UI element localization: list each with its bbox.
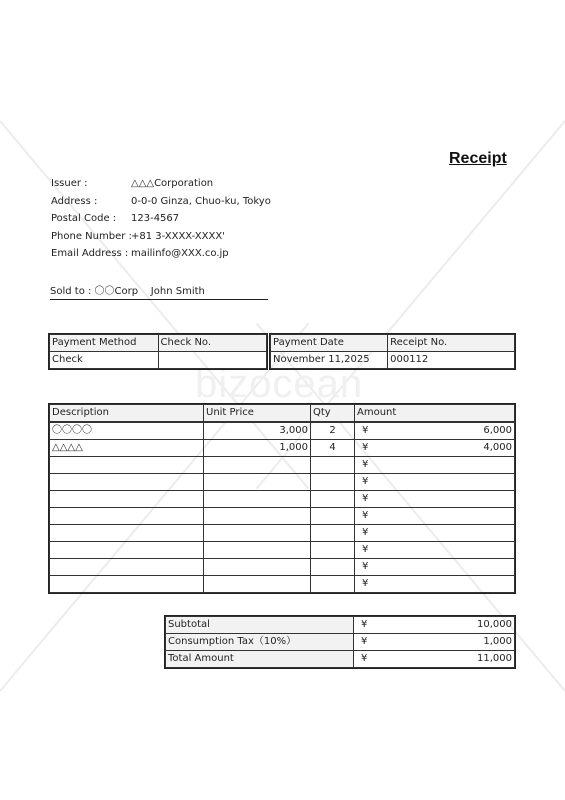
receipt-no-value: 000112 xyxy=(388,352,515,369)
yen-symbol: ¥ xyxy=(357,578,368,589)
item-unit-price xyxy=(204,457,311,474)
item-qty: 2 xyxy=(311,422,355,440)
payment-method-table: Payment Method Check No. Check xyxy=(49,334,267,369)
item-amount-cell: ¥ xyxy=(355,457,515,474)
sold-to: Sold to : 〇〇Corp John Smith xyxy=(50,282,268,300)
item-unit-price xyxy=(204,508,311,525)
item-amount-cell: ¥6,000 xyxy=(355,422,515,440)
phone-row: Phone Number : +81 3-XXXX-XXXX' xyxy=(51,228,271,246)
yen-symbol: ¥ xyxy=(357,476,368,487)
item-description: △△△△ xyxy=(50,440,204,457)
item-qty xyxy=(311,525,355,542)
totals-value-cell: ¥11,000 xyxy=(354,651,515,668)
table-row: 〇〇〇〇3,0002¥6,000 xyxy=(50,422,515,440)
item-qty xyxy=(311,542,355,559)
yen-symbol: ¥ xyxy=(356,619,367,630)
receipt-title: Receipt xyxy=(449,150,507,168)
issuer-value: △△△Corporation xyxy=(131,175,213,193)
totals-value: 1,000 xyxy=(483,634,512,650)
totals-label: Consumption Tax（10%） xyxy=(166,634,354,651)
item-amount-cell: ¥ xyxy=(355,525,515,542)
table-row: ¥ xyxy=(50,491,515,508)
yen-symbol: ¥ xyxy=(357,459,368,470)
item-description xyxy=(50,474,204,491)
yen-symbol: ¥ xyxy=(356,636,367,647)
totals-value-cell: ¥10,000 xyxy=(354,617,515,634)
table-row: ¥ xyxy=(50,542,515,559)
email-row: Email Address : mailinfo@XXX.co.jp xyxy=(51,245,271,263)
yen-symbol: ¥ xyxy=(357,493,368,504)
item-description xyxy=(50,491,204,508)
item-unit-price xyxy=(204,525,311,542)
item-amount-cell: ¥ xyxy=(355,576,515,593)
item-amount-cell: ¥ xyxy=(355,491,515,508)
item-unit-price xyxy=(204,559,311,576)
item-amount-cell: ¥ xyxy=(355,542,515,559)
item-qty xyxy=(311,576,355,593)
table-row: ¥ xyxy=(50,559,515,576)
item-description: 〇〇〇〇 xyxy=(50,422,204,440)
payment-date-value: November 11,2025 xyxy=(271,352,388,369)
address-value: 0-0-0 Ginza, Chuo-ku, Tokyo xyxy=(131,193,271,211)
item-qty xyxy=(311,559,355,576)
item-amount: 6,000 xyxy=(483,423,512,439)
totals-row: Consumption Tax（10%）¥1,000 xyxy=(166,634,515,651)
receipt-no-header: Receipt No. xyxy=(388,335,515,352)
yen-symbol: ¥ xyxy=(357,442,368,453)
item-unit-price xyxy=(204,491,311,508)
table-row: ¥ xyxy=(50,525,515,542)
item-amount-cell: ¥ xyxy=(355,474,515,491)
address-row: Address : 0-0-0 Ginza, Chuo-ku, Tokyo xyxy=(51,193,271,211)
item-qty: 4 xyxy=(311,440,355,457)
yen-symbol: ¥ xyxy=(356,653,367,664)
address-label: Address : xyxy=(51,193,131,211)
totals-table: Subtotal¥10,000Consumption Tax（10%）¥1,00… xyxy=(165,616,515,668)
qty-header: Qty xyxy=(311,405,355,423)
table-row: ¥ xyxy=(50,457,515,474)
items-table: Description Unit Price Qty Amount 〇〇〇〇3,… xyxy=(49,404,515,593)
table-row: ¥ xyxy=(50,474,515,491)
totals-label: Total Amount xyxy=(166,651,354,668)
item-qty xyxy=(311,491,355,508)
email-label: Email Address : xyxy=(51,245,131,263)
item-unit-price: 3,000 xyxy=(204,422,311,440)
item-description xyxy=(50,576,204,593)
amount-header: Amount xyxy=(355,405,515,423)
issuer-info: Issuer : △△△Corporation Address : 0-0-0 … xyxy=(51,175,271,263)
check-no-value xyxy=(158,352,267,369)
payment-date-table: Payment Date Receipt No. November 11,202… xyxy=(270,334,515,369)
item-description xyxy=(50,542,204,559)
yen-symbol: ¥ xyxy=(357,425,368,436)
totals-row: Total Amount¥11,000 xyxy=(166,651,515,668)
yen-symbol: ¥ xyxy=(357,561,368,572)
table-row: △△△△1,0004¥4,000 xyxy=(50,440,515,457)
totals-label: Subtotal xyxy=(166,617,354,634)
item-unit-price: 1,000 xyxy=(204,440,311,457)
postal-code-label: Postal Code : xyxy=(51,210,131,228)
item-qty xyxy=(311,457,355,474)
postal-code-row: Postal Code : 123-4567 xyxy=(51,210,271,228)
table-row: ¥ xyxy=(50,576,515,593)
item-qty xyxy=(311,508,355,525)
totals-value: 11,000 xyxy=(477,651,512,667)
item-qty xyxy=(311,474,355,491)
phone-label: Phone Number : xyxy=(51,228,131,246)
payment-date-header: Payment Date xyxy=(271,335,388,352)
item-description xyxy=(50,525,204,542)
yen-symbol: ¥ xyxy=(357,510,368,521)
item-amount: 4,000 xyxy=(483,440,512,456)
yen-symbol: ¥ xyxy=(357,527,368,538)
item-unit-price xyxy=(204,576,311,593)
unit-price-header: Unit Price xyxy=(204,405,311,423)
item-description xyxy=(50,559,204,576)
item-amount-cell: ¥ xyxy=(355,508,515,525)
check-no-header: Check No. xyxy=(158,335,267,352)
issuer-row: Issuer : △△△Corporation xyxy=(51,175,271,193)
item-unit-price xyxy=(204,542,311,559)
item-description xyxy=(50,508,204,525)
yen-symbol: ¥ xyxy=(357,544,368,555)
payment-method-header: Payment Method xyxy=(50,335,159,352)
item-description xyxy=(50,457,204,474)
email-value: mailinfo@XXX.co.jp xyxy=(131,245,229,263)
totals-row: Subtotal¥10,000 xyxy=(166,617,515,634)
description-header: Description xyxy=(50,405,204,423)
issuer-label: Issuer : xyxy=(51,175,131,193)
item-amount-cell: ¥4,000 xyxy=(355,440,515,457)
totals-value-cell: ¥1,000 xyxy=(354,634,515,651)
table-row: ¥ xyxy=(50,508,515,525)
item-unit-price xyxy=(204,474,311,491)
payment-method-value: Check xyxy=(50,352,159,369)
phone-value: +81 3-XXXX-XXXX' xyxy=(131,228,225,246)
postal-code-value: 123-4567 xyxy=(131,210,179,228)
item-amount-cell: ¥ xyxy=(355,559,515,576)
totals-value: 10,000 xyxy=(477,617,512,633)
